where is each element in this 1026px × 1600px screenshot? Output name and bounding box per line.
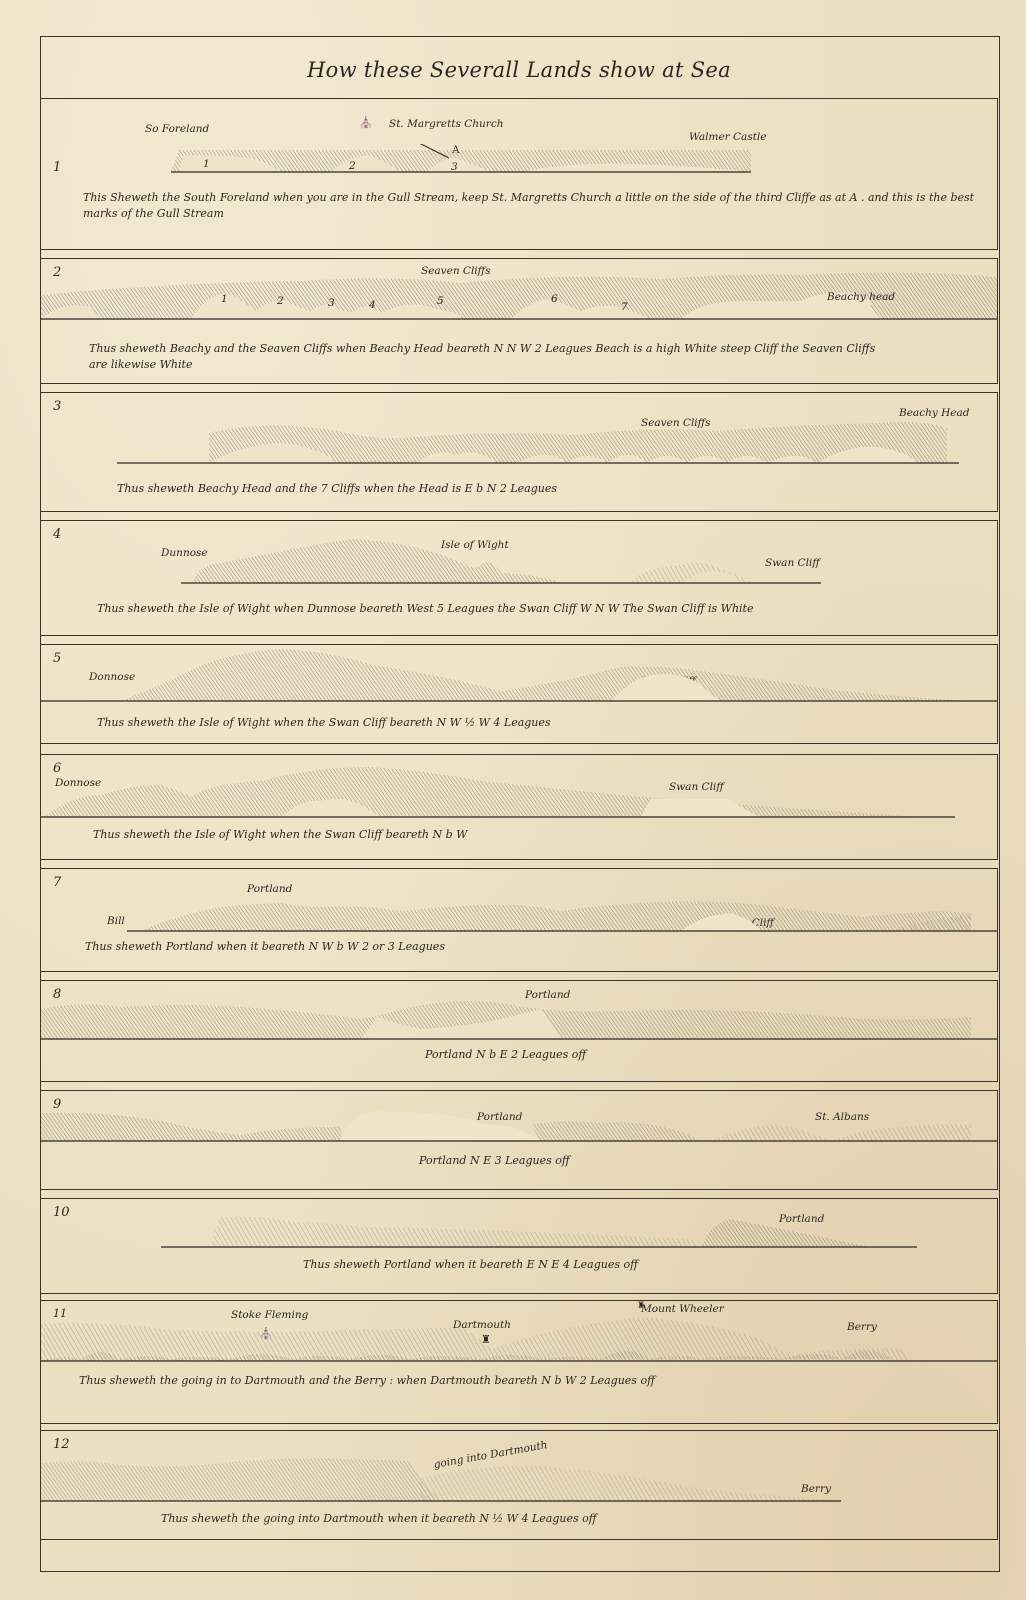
church-icon: ⛪	[259, 1327, 273, 1340]
profile-panel-12: 12 going into Dartmouth Berry Thus shewe…	[40, 1430, 998, 1540]
profile-panel-5: 5 Donnose Swan Cliff Thus sheweth the Is…	[40, 644, 998, 744]
panel-caption: Portland N E 3 Leagues off	[419, 1153, 570, 1169]
coastline-profile	[41, 645, 997, 705]
coastline-profile	[41, 1101, 997, 1145]
label-beachy-head: Beachy head	[827, 291, 895, 303]
cliff-number-1: 1	[221, 293, 228, 305]
profile-panel-7: 7 Portland Bill White Cliff Thus sheweth…	[40, 868, 998, 972]
caption-line: This Sheweth the South Foreland when you…	[83, 190, 974, 206]
castle-icon: ♜	[481, 1333, 491, 1346]
profile-panel-3: 3 Seaven Cliffs Beachy Head Thus sheweth…	[40, 392, 998, 512]
panel-caption: Thus sheweth the Isle of Wight when the …	[97, 715, 551, 731]
panel-caption: Thus sheweth the Isle of Wight when the …	[93, 827, 467, 843]
caption-line: Thus sheweth the going into Dartmouth wh…	[161, 1511, 597, 1527]
panel-caption: Thus sheweth Beachy Head and the 7 Cliff…	[117, 481, 557, 497]
profile-panel-10: 10 Portland Thus sheweth Portland when i…	[40, 1198, 998, 1294]
cliff-number-1: 1	[203, 158, 210, 170]
coastline-profile	[117, 417, 959, 469]
label-south-foreland: So Foreland	[145, 123, 209, 135]
panel-caption: Thus sheweth Beachy and the Seaven Cliff…	[89, 341, 875, 373]
profile-panel-4: 4 Dunnose Isle of Wight Swan Cliff Thus …	[40, 520, 998, 636]
caption-line: marks of the Gull Stream	[83, 206, 974, 222]
coastline-profile	[41, 1309, 997, 1365]
profile-panel-11: 11 Stoke Fleming Dartmouth Mount Wheeler…	[40, 1300, 998, 1424]
profile-panel-9: 9 Portland St. Albans Portland N E 3 Lea…	[40, 1090, 998, 1190]
coastline-profile	[181, 535, 821, 585]
label-st-margretts-church: St. Margretts Church	[389, 118, 503, 130]
panel-caption: Thus sheweth the going in to Dartmouth a…	[79, 1373, 655, 1389]
tower-icon: ♜	[637, 1301, 645, 1311]
cliff-number-2: 2	[349, 160, 356, 172]
coastline-profile	[41, 869, 997, 935]
panel-caption: This Sheweth the South Foreland when you…	[83, 190, 974, 222]
profile-panel-1: 1 So Foreland St. Margretts Church ⛪ A W…	[40, 98, 998, 250]
title-box: How these Severall Lands show at Sea	[40, 36, 998, 99]
caption-line: Thus sheweth the Isle of Wight when the …	[93, 827, 467, 843]
panel-number: 3	[53, 399, 61, 414]
cliff-number-3: 3	[451, 161, 458, 173]
panel-caption: Thus sheweth Portland when it beareth N …	[85, 939, 445, 955]
church-icon: ⛪	[359, 116, 373, 129]
coastline-profile	[41, 755, 997, 821]
panel-number: 12	[53, 1437, 70, 1452]
panel-number: 4	[53, 527, 61, 542]
panel-caption: Thus sheweth the Isle of Wight when Dunn…	[97, 601, 753, 617]
caption-line: Thus sheweth Portland when it beareth E …	[303, 1257, 638, 1273]
panel-number: 10	[53, 1205, 70, 1220]
profile-panel-8: 8 Portland Portland N b E 2 Leagues off	[40, 980, 998, 1082]
cliff-number-4: 4	[369, 299, 376, 311]
cliff-number-5: 5	[437, 295, 444, 307]
profile-panel-2: 2 Seaven Cliffs 1 2 3 4 5 6 7 Beachy hea…	[40, 258, 998, 384]
coastline-profile	[41, 1451, 997, 1503]
caption-line: Thus sheweth Portland when it beareth N …	[85, 939, 445, 955]
caption-line: Thus sheweth Beachy and the Seaven Cliff…	[89, 341, 875, 357]
caption-line: Thus sheweth the going in to Dartmouth a…	[79, 1373, 655, 1389]
profile-panel-6: 6 Donnose Swan Cliff Thus sheweth the Is…	[40, 754, 998, 860]
label-walmer-castle: Walmer Castle	[689, 131, 767, 143]
caption-line: Thus sheweth the Isle of Wight when Dunn…	[97, 601, 753, 617]
coastline-profile	[161, 1209, 961, 1249]
caption-line: Portland N b E 2 Leagues off	[425, 1047, 586, 1063]
panel-caption: Thus sheweth the going into Dartmouth wh…	[161, 1511, 597, 1527]
caption-line: are likewise White	[89, 357, 875, 373]
caption-line: Thus sheweth the Isle of Wight when the …	[97, 715, 551, 731]
caption-line: Portland N E 3 Leagues off	[419, 1153, 570, 1169]
panel-caption: Portland N b E 2 Leagues off	[425, 1047, 586, 1063]
caption-line: Thus sheweth Beachy Head and the 7 Cliff…	[117, 481, 557, 497]
cliff-number-6: 6	[551, 293, 558, 305]
cliff-number-7: 7	[621, 301, 628, 313]
cliff-number-3: 3	[328, 297, 335, 309]
cliff-number-2: 2	[277, 295, 284, 307]
page-title: How these Severall Lands show at Sea	[40, 58, 998, 82]
coastline-profile	[41, 989, 997, 1041]
coastline-profile	[171, 144, 771, 174]
panel-caption: Thus sheweth Portland when it beareth E …	[303, 1257, 638, 1273]
panel-number: 1	[53, 160, 61, 175]
